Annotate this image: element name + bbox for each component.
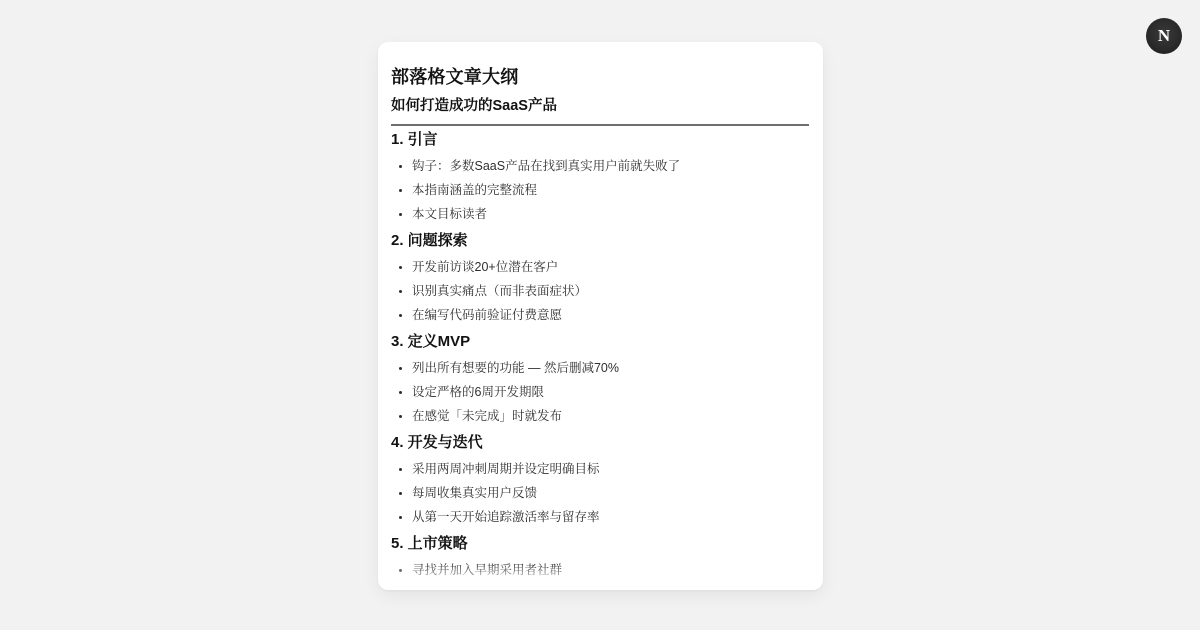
bullet-item: 钩子：多数SaaS产品在找到真实用户前就失败了: [412, 159, 809, 174]
bullet-item: 在感觉「未完成」时就发布: [412, 409, 809, 424]
bullet-item: 采用两周冲刺周期并设定明确目标: [412, 462, 809, 477]
outline-card: 部落格文章大纲 如何打造成功的SaaS产品 1. 引言钩子：多数SaaS产品在找…: [378, 42, 823, 590]
title-divider: [391, 124, 809, 126]
notion-logo-badge: N: [1146, 18, 1182, 54]
bullet-item: 列出所有想要的功能 — 然后删减70%: [412, 361, 809, 376]
outline-sections: 1. 引言钩子：多数SaaS产品在找到真实用户前就失败了本指南涵盖的完整流程本文…: [391, 130, 809, 578]
bullet-list: 寻找并加入早期采用者社群: [391, 563, 809, 578]
page-title: 部落格文章大纲: [391, 66, 809, 88]
bullet-item: 在编写代码前验证付费意愿: [412, 308, 809, 323]
section-heading: 2. 问题探索: [391, 231, 809, 251]
bullet-item: 每周收集真实用户反馈: [412, 486, 809, 501]
bullet-list: 采用两周冲刺周期并设定明确目标每周收集真实用户反馈从第一天开始追踪激活率与留存率: [391, 462, 809, 525]
section-heading: 3. 定义MVP: [391, 332, 809, 352]
bullet-item: 设定严格的6周开发期限: [412, 385, 809, 400]
notion-n-icon: N: [1158, 27, 1170, 44]
article-subtitle: 如何打造成功的SaaS产品: [391, 98, 809, 115]
section-heading: 5. 上市策略: [391, 534, 809, 554]
bullet-item: 识别真实痛点（而非表面症状）: [412, 284, 809, 299]
bullet-item: 从第一天开始追踪激活率与留存率: [412, 510, 809, 525]
section-heading: 4. 开发与迭代: [391, 433, 809, 453]
bullet-item: 寻找并加入早期采用者社群: [412, 563, 809, 578]
bullet-list: 列出所有想要的功能 — 然后删减70%设定严格的6周开发期限在感觉「未完成」时就…: [391, 361, 809, 424]
bullet-item: 开发前访谈20+位潜在客户: [412, 260, 809, 275]
section-heading: 1. 引言: [391, 130, 809, 150]
bullet-item: 本指南涵盖的完整流程: [412, 183, 809, 198]
bullet-list: 开发前访谈20+位潜在客户识别真实痛点（而非表面症状）在编写代码前验证付费意愿: [391, 260, 809, 323]
bullet-list: 钩子：多数SaaS产品在找到真实用户前就失败了本指南涵盖的完整流程本文目标读者: [391, 159, 809, 222]
bullet-item: 本文目标读者: [412, 207, 809, 222]
